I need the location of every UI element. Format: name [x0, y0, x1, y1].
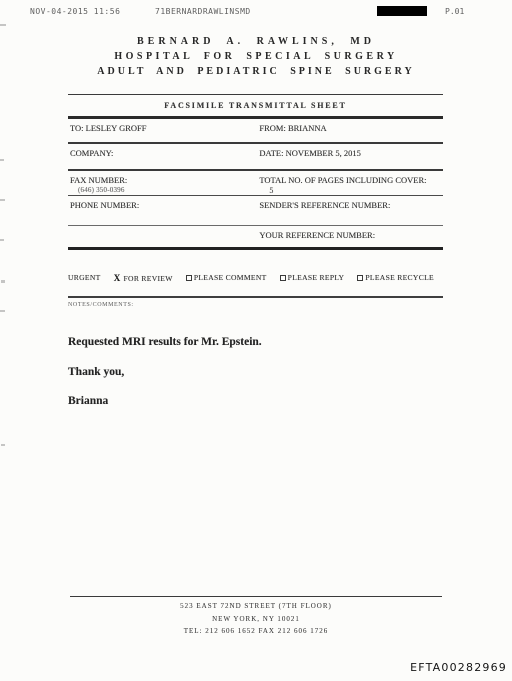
your-reference-field: YOUR REFERENCE NUMBER: — [257, 226, 443, 242]
to-field: TO: LESLEY GROFF — [68, 119, 257, 135]
scan-artifact — [0, 199, 5, 201]
letterhead-physician-name: BERNARD A. RAWLINS, MD — [0, 36, 512, 47]
checkbox-icon — [357, 275, 363, 281]
letterhead-department: ADULT AND PEDIATRIC SPINE SURGERY — [0, 66, 512, 77]
option-please-recycle: PLEASE RECYCLE — [357, 273, 434, 283]
message-line: Thank you, — [68, 366, 448, 378]
empty-cell — [68, 226, 257, 232]
transmittal-table: FACSIMILE TRANSMITTAL SHEET TO: LESLEY G… — [68, 94, 443, 250]
total-pages-label: TOTAL NO. OF PAGES INCLUDING COVER: — [259, 175, 426, 185]
option-please-comment-label: PLEASE COMMENT — [194, 273, 267, 282]
total-pages-value: 5 — [269, 186, 443, 195]
notes-comments-label: NOTES/COMMENTS: — [68, 302, 134, 308]
scan-artifact — [1, 444, 5, 446]
redaction-box — [377, 6, 427, 16]
bates-number: EFTA00282969 — [410, 661, 507, 674]
fax-timestamp: NOV-04-2015 11:56 — [30, 7, 120, 16]
transmittal-title: FACSIMILE TRANSMITTAL SHEET — [68, 94, 443, 119]
scan-artifact — [0, 310, 5, 312]
fax-number-field: FAX NUMBER: (646) 350-0396 — [68, 171, 257, 196]
option-for-review-label: FOR REVIEW — [124, 274, 173, 283]
fax-cover-sheet-page: NOV-04-2015 11:56 71BERNARDRAWLINSMD P.0… — [0, 0, 512, 681]
option-please-reply-label: PLEASE REPLY — [288, 273, 345, 282]
letterhead-hospital-name: HOSPITAL FOR SPECIAL SURGERY — [0, 51, 512, 62]
scan-artifact — [0, 24, 6, 26]
footer-divider-line — [70, 596, 442, 597]
senders-reference-field: SENDER'S REFERENCE NUMBER: — [257, 196, 443, 212]
x-check-mark-icon: X — [114, 273, 121, 283]
option-urgent: URGENT — [68, 273, 101, 283]
options-row: URGENT XFOR REVIEW PLEASE COMMENT PLEASE… — [68, 273, 434, 283]
message-line: Requested MRI results for Mr. Epstein. — [68, 336, 448, 348]
table-row: COMPANY: DATE: NOVEMBER 5, 2015 — [68, 144, 443, 171]
option-please-comment: PLEASE COMMENT — [186, 273, 267, 283]
scan-artifact — [1, 280, 5, 283]
scan-artifact — [0, 239, 4, 241]
company-field: COMPANY: — [68, 144, 257, 160]
from-field: FROM: BRIANNA — [257, 119, 443, 135]
option-please-reply: PLEASE REPLY — [280, 273, 345, 283]
fax-number-value: (646) 350-0396 — [78, 186, 255, 194]
total-pages-field: TOTAL NO. OF PAGES INCLUDING COVER: 5 — [257, 171, 443, 197]
table-row: PHONE NUMBER: SENDER'S REFERENCE NUMBER: — [68, 196, 443, 226]
phone-number-field: PHONE NUMBER: — [68, 196, 257, 212]
letterhead: BERNARD A. RAWLINS, MD HOSPITAL FOR SPEC… — [0, 36, 512, 77]
footer-tel-fax: TEL: 212 606 1652 FAX 212 606 1726 — [70, 625, 442, 638]
scan-artifact — [0, 159, 4, 161]
footer-street-address: 523 EAST 72ND STREET (7TH FLOOR) — [70, 600, 442, 613]
message-signature: Brianna — [68, 395, 448, 407]
footer-city-state-zip: NEW YORK, NY 10021 — [70, 613, 442, 626]
option-please-recycle-label: PLEASE RECYCLE — [365, 273, 434, 282]
fax-machine-header: NOV-04-2015 11:56 71BERNARDRAWLINSMD P.0… — [0, 7, 512, 21]
message-body: Requested MRI results for Mr. Epstein. T… — [68, 336, 448, 407]
date-field: DATE: NOVEMBER 5, 2015 — [257, 144, 443, 160]
fax-number-label: FAX NUMBER: — [70, 175, 127, 185]
footer-address-block: 523 EAST 72ND STREET (7TH FLOOR) NEW YOR… — [70, 600, 442, 638]
table-row: TO: LESLEY GROFF FROM: BRIANNA — [68, 119, 443, 144]
fax-page-number: P.01 — [445, 7, 464, 16]
table-row: FAX NUMBER: (646) 350-0396 TOTAL NO. OF … — [68, 171, 443, 196]
checkbox-icon — [186, 275, 192, 281]
fax-station-id: 71BERNARDRAWLINSMD — [155, 7, 251, 16]
checkbox-icon — [280, 275, 286, 281]
table-row: YOUR REFERENCE NUMBER: — [68, 226, 443, 250]
notes-divider-line — [68, 296, 443, 298]
option-for-review: XFOR REVIEW — [114, 273, 173, 283]
